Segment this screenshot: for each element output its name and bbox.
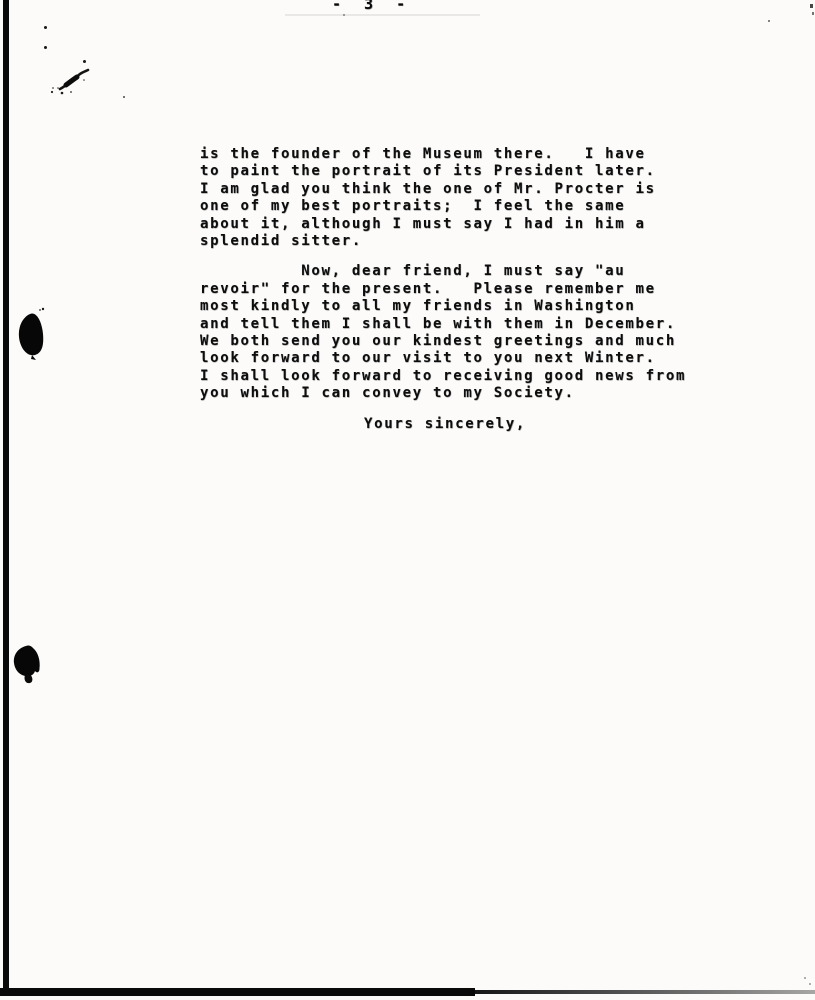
- scan-border-bottom: [0, 988, 475, 996]
- scan-streak: [285, 14, 480, 16]
- letter-paragraph-2: Now, dear friend, I must say "au revoir"…: [200, 263, 720, 402]
- letter-paragraph-1: is the founder of the Museum there. I ha…: [200, 146, 720, 250]
- letter-line: one of my best portraits; I feel the sam…: [200, 198, 720, 215]
- scan-speck: [39, 309, 41, 311]
- letter-line: We both send you our kindest greetings a…: [200, 333, 720, 350]
- binding-hole-mark-bottom-icon: [11, 641, 47, 689]
- scanned-letter-page: - 3 - is the founder of the Museum there…: [0, 0, 815, 1000]
- scan-border-left: [3, 0, 9, 996]
- letter-line: to paint the portrait of its President l…: [200, 163, 720, 180]
- letter-line: revoir" for the present. Please remember…: [200, 281, 720, 298]
- letter-line: splendid sitter.: [200, 233, 720, 250]
- scan-speck: [810, 4, 813, 8]
- binding-hole-mark-top-icon: [14, 306, 50, 362]
- scan-speck: [768, 20, 770, 22]
- scan-border-bottom-fade: [470, 990, 815, 994]
- scan-speck: [809, 983, 811, 985]
- scan-speck: [44, 46, 47, 49]
- page-number: - 3 -: [332, 0, 412, 13]
- ink-smudge-icon: [40, 64, 130, 104]
- scan-speck: [52, 87, 54, 89]
- letter-line: is the founder of the Museum there. I ha…: [200, 146, 720, 163]
- letter-line: and tell them I shall be with them in De…: [200, 316, 720, 333]
- letter-body: is the founder of the Museum there. I ha…: [200, 146, 720, 433]
- letter-line: look forward to our visit to you next Wi…: [200, 350, 720, 367]
- letter-line: I am glad you think the one of Mr. Proct…: [200, 181, 720, 198]
- letter-line: I shall look forward to receiving good n…: [200, 368, 720, 385]
- scan-speck: [812, 12, 814, 15]
- letter-line: you which I can convey to my Society.: [200, 385, 720, 402]
- letter-line: most kindly to all my friends in Washing…: [200, 298, 720, 315]
- letter-line: about it, although I must say I had in h…: [200, 216, 720, 233]
- scan-speck: [804, 977, 806, 979]
- scan-speck: [83, 60, 86, 63]
- letter-line: Now, dear friend, I must say "au: [200, 263, 720, 280]
- closing-salutation: Yours sincerely,: [364, 416, 720, 433]
- scan-speck: [123, 96, 125, 98]
- scan-speck: [343, 14, 345, 16]
- scan-speck: [44, 26, 47, 29]
